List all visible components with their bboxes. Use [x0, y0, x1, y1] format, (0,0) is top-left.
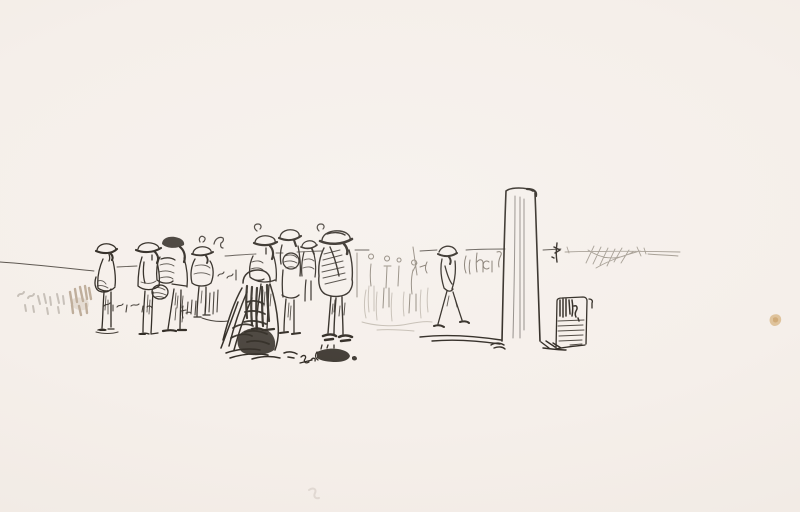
artwork-canvas	[0, 0, 800, 512]
stump-dark-mass	[238, 328, 276, 355]
sketch-svg	[0, 0, 800, 512]
stain-core	[773, 317, 778, 322]
stain-core-blob	[773, 317, 778, 322]
paper-background	[0, 0, 800, 512]
